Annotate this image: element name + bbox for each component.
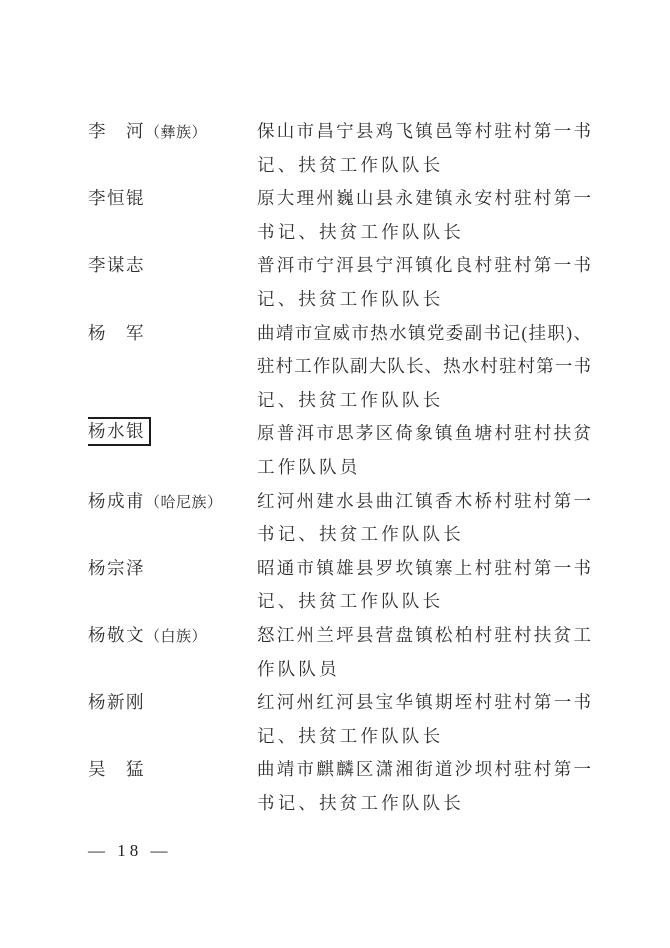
entry-name: 杨敬文（白族） [88, 619, 257, 655]
entry-row: 杨敬文（白族） 怒江州兰坪县营盘镇松柏村驻村扶贫工作队队员 [88, 619, 591, 686]
entry-name-text: 杨成甫 [88, 491, 145, 511]
entry-name-text: 吴 猛 [88, 759, 145, 779]
entry-name: 杨 军 [88, 317, 257, 353]
description-line: 驻村工作队副大队长、热水村驻村第一书 [257, 350, 591, 384]
description-line: 记、扶贫工作队队长 [257, 149, 591, 183]
entry-description: 红河州红河县宝华镇期垤村驻村第一书记、扶贫工作队队长 [257, 686, 591, 753]
entry-description: 怒江州兰坪县营盘镇松柏村驻村扶贫工作队队员 [257, 619, 591, 686]
entry-description: 曲靖市宣威市热水镇党委副书记(挂职)、驻村工作队副大队长、热水村驻村第一书记、扶… [257, 317, 591, 418]
description-line: 作队队员 [257, 653, 591, 687]
entry-description: 原普洱市思茅区倚象镇鱼塘村驻村扶贫工作队队员 [257, 417, 591, 484]
description-line: 红河州红河县宝华镇期垤村驻村第一书 [257, 686, 591, 720]
description-line: 原普洱市思茅区倚象镇鱼塘村驻村扶贫 [257, 417, 591, 451]
entry-row: 杨宗泽 昭通市镇雄县罗坎镇寨上村驻村第一书记、扶贫工作队队长 [88, 552, 591, 619]
entry-row: 李谋志 普洱市宁洱县宁洱镇化良村驻村第一书记、扶贫工作队队长 [88, 249, 591, 316]
description-line: 书记、扶贫工作队队长 [257, 216, 591, 250]
entry-name: 杨水银 [88, 417, 257, 453]
entry-ethnic-label: （白族） [145, 629, 207, 645]
description-line: 怒江州兰坪县营盘镇松柏村驻村扶贫工 [257, 619, 591, 653]
entry-name-text: 杨 军 [88, 323, 145, 343]
description-line: 记、扶贫工作队队长 [257, 384, 591, 418]
entry-description: 保山市昌宁县鸡飞镇邑等村驻村第一书记、扶贫工作队队长 [257, 115, 591, 182]
entry-name-text: 李恒锟 [88, 188, 145, 208]
description-line: 记、扶贫工作队队长 [257, 585, 591, 619]
entry-ethnic-label: （彝族） [145, 125, 207, 141]
description-line: 昭通市镇雄县罗坎镇寨上村驻村第一书 [257, 552, 591, 586]
entry-name: 杨宗泽 [88, 552, 257, 588]
entry-ethnic-label: （哈尼族） [145, 495, 223, 511]
entry-name-text: 杨新刚 [88, 692, 145, 712]
entry-name-text: 杨水银 [88, 417, 151, 446]
entry-row: 吴 猛 曲靖市麒麟区潇湘街道沙坝村驻村第一书记、扶贫工作队队长 [88, 753, 591, 820]
entry-row: 杨 军 曲靖市宣威市热水镇党委副书记(挂职)、驻村工作队副大队长、热水村驻村第一… [88, 317, 591, 418]
entry-row: 李恒锟 原大理州巍山县永建镇永安村驻村第一书记、扶贫工作队队长 [88, 182, 591, 249]
entry-description: 曲靖市麒麟区潇湘街道沙坝村驻村第一书记、扶贫工作队队长 [257, 753, 591, 820]
description-line: 普洱市宁洱县宁洱镇化良村驻村第一书 [257, 249, 591, 283]
entry-description: 普洱市宁洱县宁洱镇化良村驻村第一书记、扶贫工作队队长 [257, 249, 591, 316]
entry-name: 李 河（彝族） [88, 115, 257, 151]
entry-name: 李谋志 [88, 249, 257, 285]
entry-description: 昭通市镇雄县罗坎镇寨上村驻村第一书记、扶贫工作队队长 [257, 552, 591, 619]
description-line: 记、扶贫工作队队长 [257, 283, 591, 317]
entry-name-text: 杨宗泽 [88, 558, 145, 578]
entry-list: 李 河（彝族） 保山市昌宁县鸡飞镇邑等村驻村第一书记、扶贫工作队队长 李恒锟 原… [88, 115, 591, 820]
entry-row: 杨成甫（哈尼族） 红河州建水县曲江镇香木桥村驻村第一书记、扶贫工作队队长 [88, 485, 591, 552]
entry-name: 吴 猛 [88, 753, 257, 789]
description-line: 书记、扶贫工作队队长 [257, 787, 591, 821]
entry-name: 杨新刚 [88, 686, 257, 722]
entry-description: 红河州建水县曲江镇香木桥村驻村第一书记、扶贫工作队队长 [257, 485, 591, 552]
description-line: 工作队队员 [257, 451, 591, 485]
page-number: — 18 — [88, 840, 172, 862]
entry-name-text: 李 河 [88, 121, 145, 141]
description-line: 曲靖市麒麟区潇湘街道沙坝村驻村第一 [257, 753, 591, 787]
entry-row: 杨水银 原普洱市思茅区倚象镇鱼塘村驻村扶贫工作队队员 [88, 417, 591, 484]
entry-name-text: 李谋志 [88, 255, 145, 275]
description-line: 红河州建水县曲江镇香木桥村驻村第一 [257, 485, 591, 519]
description-line: 曲靖市宣威市热水镇党委副书记(挂职)、 [257, 317, 591, 351]
entry-row: 杨新刚 红河州红河县宝华镇期垤村驻村第一书记、扶贫工作队队长 [88, 686, 591, 753]
entry-name-text: 杨敬文 [88, 625, 145, 645]
description-line: 保山市昌宁县鸡飞镇邑等村驻村第一书 [257, 115, 591, 149]
description-line: 书记、扶贫工作队队长 [257, 518, 591, 552]
entry-row: 李 河（彝族） 保山市昌宁县鸡飞镇邑等村驻村第一书记、扶贫工作队队长 [88, 115, 591, 182]
entry-name: 李恒锟 [88, 182, 257, 218]
description-line: 原大理州巍山县永建镇永安村驻村第一 [257, 182, 591, 216]
document-page: 李 河（彝族） 保山市昌宁县鸡飞镇邑等村驻村第一书记、扶贫工作队队长 李恒锟 原… [0, 0, 670, 948]
description-line: 记、扶贫工作队队长 [257, 720, 591, 754]
entry-name: 杨成甫（哈尼族） [88, 485, 257, 521]
entry-description: 原大理州巍山县永建镇永安村驻村第一书记、扶贫工作队队长 [257, 182, 591, 249]
